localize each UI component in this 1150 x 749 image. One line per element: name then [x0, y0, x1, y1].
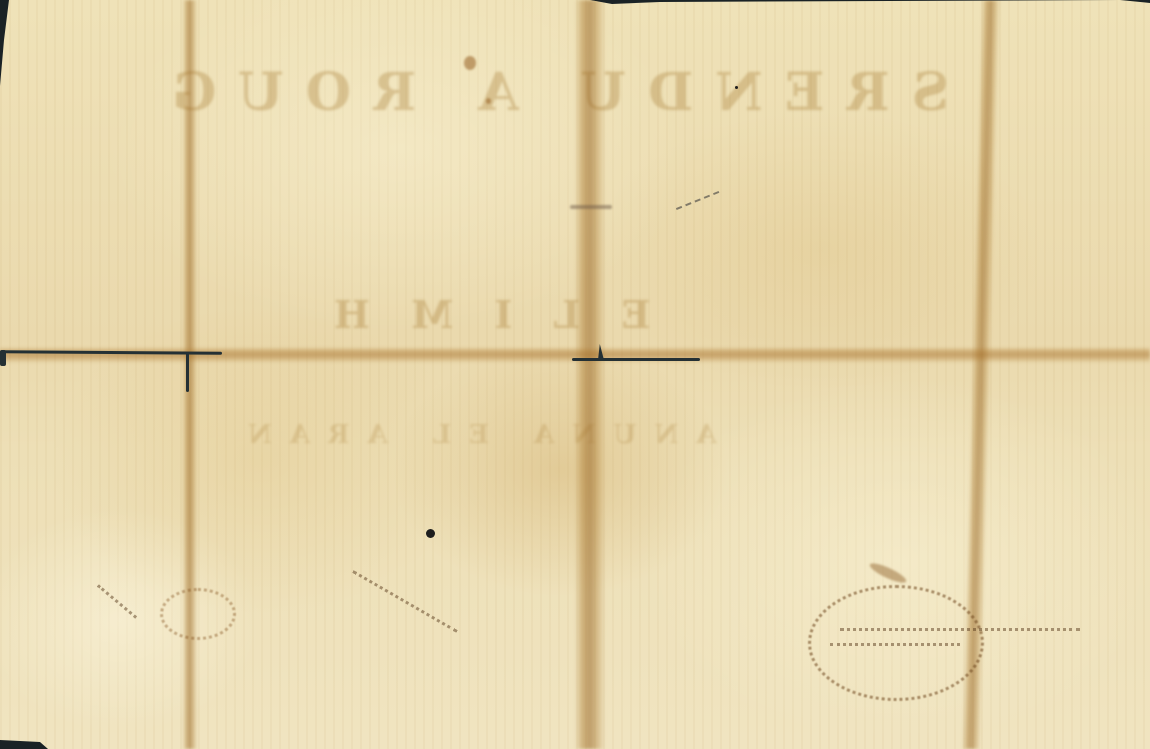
aged-paper-sheet: SRENDU A ROUG E L I M H ANUNA EL ARAN — [0, 0, 1150, 749]
stain-spot-small — [486, 98, 491, 104]
pencil-scribble — [671, 178, 720, 210]
seal-impression-left — [160, 588, 236, 640]
tear-left-vertical — [186, 352, 189, 392]
scanned-document: SRENDU A ROUG E L I M H ANUNA EL ARAN — [0, 0, 1150, 749]
stain-scratch — [570, 205, 612, 209]
show-through-lettering-top: SRENDU A ROUG — [150, 62, 949, 123]
dotted-line-right-2 — [830, 643, 960, 646]
stain-spot-top — [464, 56, 476, 70]
show-through-lettering-lower: ANUNA EL ARAN — [230, 420, 716, 450]
dotted-marks-left-2 — [97, 584, 137, 618]
dotted-marks-left — [352, 570, 457, 633]
dotted-line-right-1 — [840, 628, 1080, 631]
tear-center — [572, 358, 700, 361]
stain-streak-right — [868, 560, 908, 586]
fold-crease-center — [575, 0, 605, 749]
ink-dot-small — [735, 86, 738, 89]
ink-dot — [426, 529, 435, 538]
edge-notch — [0, 350, 6, 366]
